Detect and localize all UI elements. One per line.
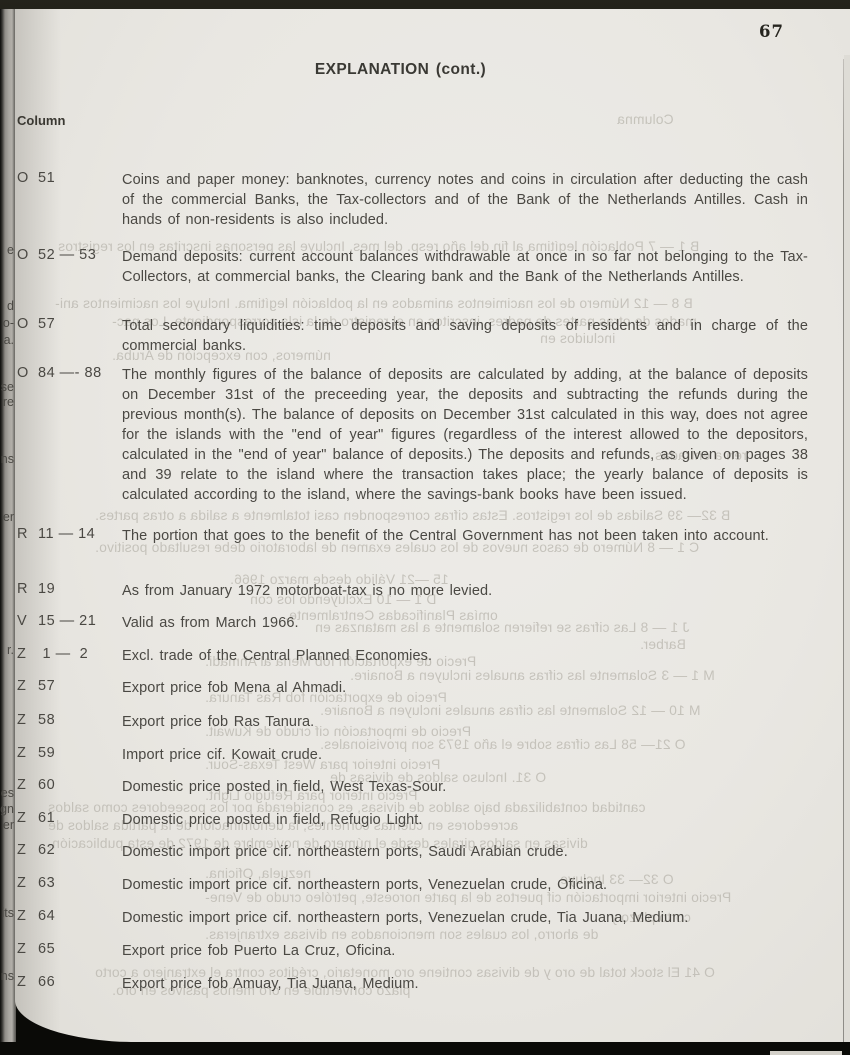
edge-fragment: d <box>7 299 14 313</box>
entry-code-range: 66 <box>38 974 55 990</box>
entry-code-range: 64 <box>38 908 55 924</box>
entry-text: The portion that goes to the benefit of … <box>122 526 808 546</box>
entry-code-range: 57 <box>38 316 55 332</box>
entry-text: Domestic price posted in field, Refugio … <box>122 810 808 830</box>
entry-code-letter: V <box>17 613 27 629</box>
entry-text: The monthly figures of the balance of de… <box>122 365 808 505</box>
entry-text: Domestic price posted in field, West Tex… <box>122 777 808 797</box>
entry-text: Domestic import price cif. northeastern … <box>122 875 808 895</box>
entry-code-letter: Z <box>17 712 26 728</box>
edge-fragment: its <box>2 906 15 920</box>
entry-row: O 84 —- 88 The monthly figures of the ba… <box>17 365 817 505</box>
entry-code-range: 61 <box>38 810 55 826</box>
entry-row: Z 59 Import price cif. Kowait crude. <box>17 745 817 765</box>
edge-fragment: r. <box>7 643 14 657</box>
edge-fragment: a. <box>4 333 14 347</box>
entry-row: Z 58 Export price fob Ras Tanura. <box>17 712 817 732</box>
entry-code-range: 59 <box>38 745 55 761</box>
entry-text: Valid as from March 1966. <box>122 613 808 633</box>
entry-code-range: 63 <box>38 875 55 891</box>
entry-row: O 57 Total secondary liquidities: time d… <box>17 316 817 356</box>
entry-row: Z 62 Domestic import price cif. northeas… <box>17 842 817 862</box>
entry-code-range: 65 <box>38 941 55 957</box>
edge-fragment: ns <box>1 969 14 983</box>
entry-code-letter: R <box>17 526 27 542</box>
entry-text: Export price fob Ras Tanura. <box>122 712 808 732</box>
entry-code-letter: Z <box>17 908 26 924</box>
edge-fragment: e <box>7 243 14 257</box>
entry-text: Domestic import price cif. northeastern … <box>122 908 808 928</box>
entry-code-letter: Z <box>17 941 26 957</box>
entry-code-letter: Z <box>17 745 26 761</box>
entry-row: O 51 Coins and paper money: banknotes, c… <box>17 170 817 230</box>
entry-row: Z 63 Domestic import price cif. northeas… <box>17 875 817 895</box>
edge-fragment: re <box>3 395 14 409</box>
entry-code-letter: O <box>17 365 28 381</box>
entry-code-range: 58 <box>38 712 55 728</box>
entry-row: Z 60 Domestic price posted in field, Wes… <box>17 777 817 797</box>
entries-list: O 51 Coins and paper money: banknotes, c… <box>15 9 850 1042</box>
entry-row: Z 1 — 2 Excl. trade of the Central Plann… <box>17 646 817 666</box>
entry-code-letter: Z <box>17 810 26 826</box>
entry-code-range: 11 — 14 <box>38 526 95 542</box>
book-scan: edo-a.serenserr.esgneritsns 67 EXPLANATI… <box>0 0 850 1055</box>
entry-row: R 19 As from January 1972 motorboat-tax … <box>17 581 817 601</box>
entry-code-letter: R <box>17 581 27 597</box>
adjacent-page-edge: edo-a.serenserr.esgneritsns <box>0 9 16 1042</box>
edge-fragment: er <box>3 510 14 524</box>
entry-text: Coins and paper money: banknotes, curren… <box>122 170 808 230</box>
edge-fragment: o- <box>3 316 14 330</box>
entry-row: Z 65 Export price fob Puerto La Cruz, Of… <box>17 941 817 961</box>
entry-code-letter: Z <box>17 875 26 891</box>
edge-fragment: ns <box>1 452 14 466</box>
entry-code-letter: Z <box>17 777 26 793</box>
edge-fragment: se <box>1 380 14 394</box>
entry-code-range: 60 <box>38 777 55 793</box>
entry-code-letter: O <box>17 170 28 186</box>
entry-code-range: 51 <box>38 170 55 186</box>
entry-row: V 15 — 21 Valid as from March 1966. <box>17 613 817 633</box>
entry-code-range: 52 — 53 <box>38 247 96 263</box>
entry-text: Total secondary liquidities: time deposi… <box>122 316 808 356</box>
entry-code-range: 84 —- 88 <box>38 365 102 381</box>
entry-text: Export price fob Amuay, Tia Juana, Mediu… <box>122 974 808 994</box>
entry-text: Export price fob Puerto La Cruz, Oficina… <box>122 941 808 961</box>
entry-code-range: 19 <box>38 581 55 597</box>
entry-code-range: 1 — 2 <box>38 646 88 662</box>
entry-text: Import price cif. Kowait crude. <box>122 745 808 765</box>
entry-code-letter: Z <box>17 678 26 694</box>
entry-text: Export price fob Mena al Ahmadi. <box>122 678 808 698</box>
entry-code-letter: Z <box>17 974 26 990</box>
entry-row: Z 57 Export price fob Mena al Ahmadi. <box>17 678 817 698</box>
entry-code-range: 57 <box>38 678 55 694</box>
entry-code-letter: O <box>17 316 28 332</box>
underlying-page-sliver <box>770 1051 842 1055</box>
entry-text: Demand deposits: current account balance… <box>122 247 808 287</box>
entry-code-range: 62 <box>38 842 55 858</box>
entry-code-range: 15 — 21 <box>38 613 96 629</box>
entry-row: Z 61 Domestic price posted in field, Ref… <box>17 810 817 830</box>
entry-code-letter: Z <box>17 646 26 662</box>
edge-fragment: er <box>3 818 14 832</box>
entry-row: Z 66 Export price fob Amuay, Tia Juana, … <box>17 974 817 994</box>
entry-row: Z 64 Domestic import price cif. northeas… <box>17 908 817 928</box>
entry-text: Domestic import price cif. northeastern … <box>122 842 808 862</box>
edge-fragment: gn <box>0 802 14 816</box>
entry-row: R 11 — 14 The portion that goes to the b… <box>17 526 817 546</box>
entry-text: As from January 1972 motorboat-tax is no… <box>122 581 808 601</box>
entry-code-letter: O <box>17 247 28 263</box>
entry-text: Excl. trade of the Central Planned Econo… <box>122 646 808 666</box>
edge-fragment: es <box>1 786 14 800</box>
document-page: 67 EXPLANATION (cont.) Column ColumnaB 1… <box>15 9 850 1042</box>
entry-row: O 52 — 53 Demand deposits: current accou… <box>17 247 817 287</box>
entry-code-letter: Z <box>17 842 26 858</box>
